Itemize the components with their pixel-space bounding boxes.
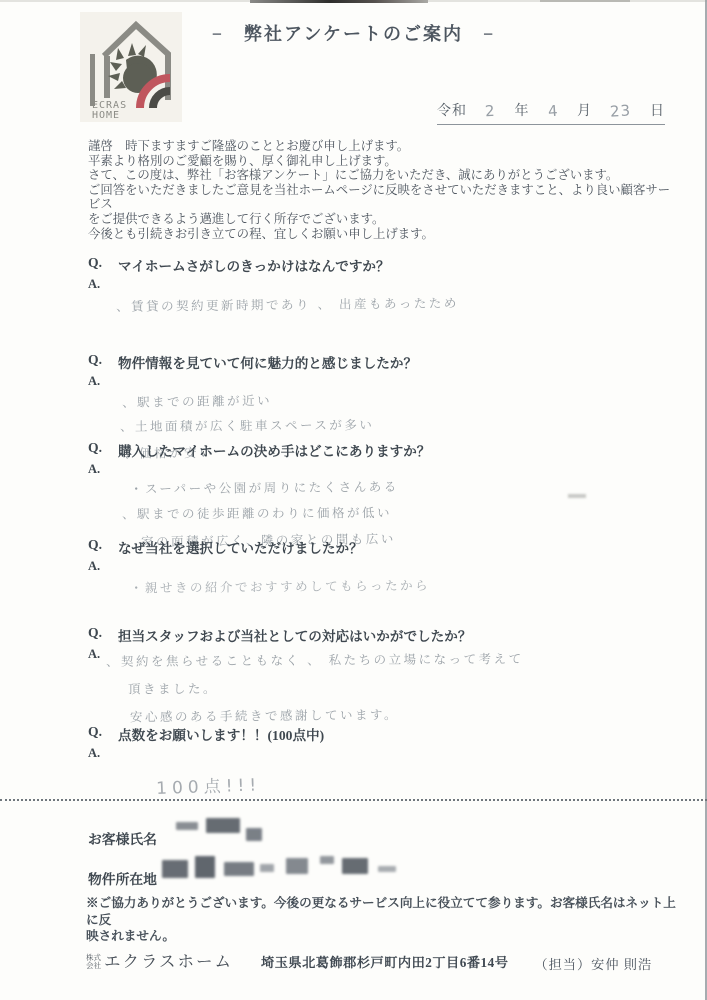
- customer-name-field: お客様氏名: [88, 828, 157, 848]
- handwritten-score: 100点!!!: [156, 756, 674, 799]
- qa-block-6: Q. 点数をお願いします！！(100点中) A. 100点!!!: [88, 724, 673, 790]
- company-address: 埼玉県北葛飾郡杉戸町内田2丁目6番14号: [261, 952, 508, 971]
- question-row: Q. 購入したマイホームの決め手はどこにありますか？: [88, 440, 673, 460]
- question-text: 購入したマイホームの決め手はどこにありますか？: [118, 440, 430, 460]
- company-name: エクラスホーム: [104, 948, 233, 972]
- question-row: Q. マイホームさがしのきっかけはなんですか？: [88, 255, 673, 275]
- footer-note-line: 映されません。: [86, 928, 686, 945]
- date-year-handwritten: 2: [485, 102, 497, 121]
- scanned-survey-page: ECRAS HOME − 弊社アンケートのご案内 − 令和 2 年 4 月 23…: [0, 0, 707, 1000]
- date-month-handwritten: 4: [547, 102, 559, 121]
- company-prefix-bottom: 会社: [86, 962, 101, 970]
- qa-block-5: Q. 担当スタッフおよび当社としての対応はいかがでしたか？ A. 、契約を焦らせ…: [88, 625, 673, 723]
- question-text: なぜ当社を選択していただけましたか？: [118, 537, 363, 557]
- date-month-label: 月: [577, 100, 592, 120]
- question-text: 物件情報を見ていて何に魅力的と感じましたか？: [118, 352, 417, 372]
- date-era: 令和: [437, 100, 467, 120]
- question-row: Q. 点数をお願いします！！(100点中): [88, 724, 673, 744]
- property-location-field: 物件所在地: [88, 868, 157, 888]
- q-label: Q.: [88, 724, 118, 744]
- dotted-separator: [0, 799, 707, 801]
- qa-block-1: Q. マイホームさがしのきっかけはなんですか？ A. 、賃貸の契約更新時期であり…: [88, 255, 673, 312]
- greeting-paragraph: 謹啓 時下ますますご隆盛のこととお慶び申し上げます。 平素より格別のご愛顧を賜り…: [88, 139, 678, 241]
- question-text: 担当スタッフおよび当社としての対応はいかがでしたか？: [118, 625, 471, 645]
- handwritten-answer: 、賃貸の契約更新時期であり 、 出産もあったため: [116, 291, 673, 315]
- greeting-line: 平素より格別のご愛顧を賜り、厚く御礼申し上げます。: [88, 154, 678, 169]
- handwritten-answer: 、土地面積が広く駐車スペースが多い: [120, 413, 673, 435]
- q-label: Q.: [88, 255, 118, 275]
- question-row: Q. 担当スタッフおよび当社としての対応はいかがでしたか？: [88, 625, 673, 645]
- customer-name-label: お客様氏名: [88, 832, 157, 847]
- handwritten-answer: 安心感のある手続きで感謝しています。: [130, 703, 673, 726]
- scan-artifact-line-2: [540, 0, 630, 2]
- logo-text-home: HOME: [92, 110, 120, 121]
- question-text: マイホームさがしのきっかけはなんですか？: [118, 255, 390, 275]
- a-label: A.: [88, 277, 673, 292]
- date-line: 令和 2 年 4 月 23 日: [437, 100, 665, 125]
- footer-note-line: ※ご協力ありがとうございます。今後の更なるサービス向上に役立てて参ります。お客様…: [86, 895, 686, 928]
- handwritten-answer: 、駅までの距離が近い: [122, 385, 673, 411]
- handwritten-answer: 頂きました。: [128, 677, 673, 698]
- question-row: Q. 物件情報を見ていて何に魅力的と感じましたか？: [88, 352, 673, 372]
- greeting-line: ご回答をいただきましたご意見を当社ホームページに反映をさせていただきますこと、よ…: [88, 183, 678, 212]
- a-label: A.: [88, 559, 673, 574]
- greeting-line: をご提供できるよう邁進して行く所存でございます。: [88, 212, 678, 227]
- handwritten-answer: ・スーパーや公園が周りにたくさんある: [130, 475, 673, 498]
- contact-person: （担当）安仲 則浩: [534, 954, 652, 973]
- scan-artifact-line: [250, 0, 428, 3]
- q-label: Q.: [88, 440, 118, 460]
- greeting-line: さて、この度は、弊社「お客様アンケート」にご協力をいただき、誠にありがとうござい…: [88, 168, 678, 183]
- qa-block-4: Q. なぜ当社を選択していただけましたか？ A. ・親せきの紹介でおすすめしても…: [88, 537, 673, 594]
- q-label: Q.: [88, 537, 118, 557]
- date-day-handwritten: 23: [610, 101, 632, 120]
- date-year-label: 年: [514, 100, 529, 120]
- question-row: Q. なぜ当社を選択していただけましたか？: [88, 537, 673, 557]
- date-day-label: 日: [650, 100, 665, 120]
- q-label: Q.: [88, 352, 118, 372]
- qa-block-3: Q. 購入したマイホームの決め手はどこにありますか？ A. ・スーパーや公園が周…: [88, 440, 673, 547]
- q-label: Q.: [88, 625, 118, 645]
- question-text: 点数をお願いします！！(100点中): [118, 724, 324, 744]
- handwritten-answer: ・親せきの紹介でおすすめしてもらったから: [130, 574, 673, 597]
- greeting-line: 謹啓 時下ますますご隆盛のこととお慶び申し上げます。: [88, 139, 678, 154]
- page-title: − 弊社アンケートのご案内 −: [0, 20, 707, 46]
- handwritten-answer: 、契約を焦らせることもなく 、 私たちの立場になって考えて: [106, 648, 673, 670]
- greeting-line: 今後とも引続きお引き立ての程、宜しくお願い申し上げます。: [88, 227, 678, 242]
- footer-note: ※ご協力ありがとうございます。今後の更なるサービス向上に役立てて参ります。お客様…: [86, 895, 686, 945]
- company-prefix: 株式 会社: [86, 954, 101, 970]
- property-location-label: 物件所在地: [88, 872, 157, 887]
- company-footer: 株式 会社 エクラスホーム 埼玉県北葛飾郡杉戸町内田2丁目6番14号 （担当）安…: [86, 948, 686, 973]
- handwritten-answer: 、駅までの徒歩距離のわりに価格が低い: [122, 502, 673, 523]
